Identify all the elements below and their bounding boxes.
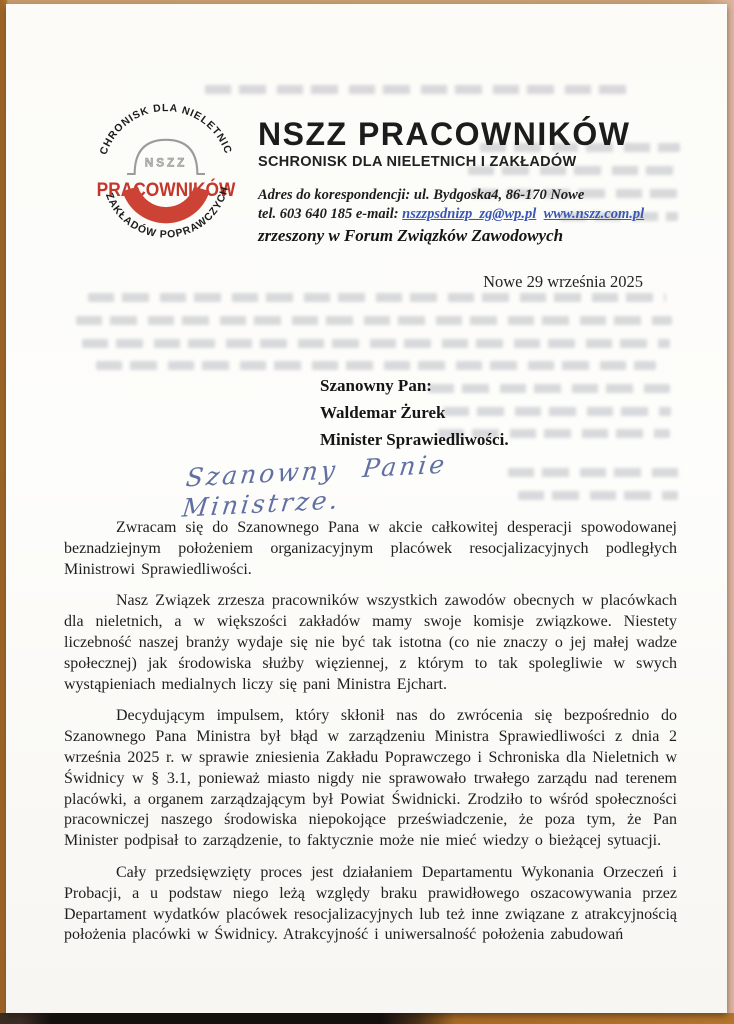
contact-line: tel. 603 640 185 e-mail: nszzpsdnizp_zg@…: [258, 205, 698, 224]
body-paragraph: Cały przedsięwzięty proces jest działani…: [64, 863, 677, 946]
desk-surface: [0, 1013, 734, 1024]
letter-page: SCHRONISK DLA NIELETNICH NSZZ PRACOWNIKÓ…: [6, 4, 727, 1013]
letter-body: Zwracam się do Szanownego Pana w akcie c…: [64, 518, 677, 957]
bleed-through-artifact: [205, 85, 630, 94]
photo-background: SCHRONISK DLA NIELETNICH NSZZ PRACOWNIKÓ…: [0, 0, 734, 1024]
body-paragraph: Decydującym impulsem, który skłonił nas …: [64, 706, 677, 852]
bleed-through-artifact: [96, 361, 656, 370]
contact-prefix: tel. 603 640 185 e-mail:: [258, 206, 402, 222]
recipient-name: Waldemar Żurek: [320, 399, 509, 426]
logo-main-word: PRACOWNIKÓW: [97, 179, 236, 201]
bleed-through-artifact: [76, 316, 672, 325]
website-link[interactable]: www.nszz.com.pl: [544, 206, 645, 222]
bleed-through-artifact: [88, 293, 666, 302]
affiliation-line: zrzeszony w Forum Związków Zawodowych: [258, 225, 698, 247]
address-line: Adres do korespondencji: ul. Bydgoska4, …: [258, 186, 698, 205]
handwritten-greeting: Szanowny Panie Ministrze.: [181, 444, 548, 523]
logo-acronym-text: NSZZ: [145, 155, 187, 169]
recipient-salutation: Szanowny Pan:: [320, 372, 509, 399]
email-link[interactable]: nszzpsdnizp_zg@wp.pl: [402, 206, 536, 222]
body-paragraph: Nasz Związek zrzesza pracowników wszystk…: [64, 591, 677, 695]
letterhead: NSZZ PRACOWNIKÓW SCHRONISK DLA NIELETNIC…: [258, 116, 698, 247]
body-paragraph: Zwracam się do Szanownego Pana w akcie c…: [64, 518, 677, 580]
letterhead-title: NSZZ PRACOWNIKÓW: [258, 116, 698, 152]
union-logo: SCHRONISK DLA NIELETNICH NSZZ PRACOWNIKÓ…: [90, 98, 242, 242]
date-line: Nowe 29 września 2025: [6, 272, 643, 292]
logo-arc-top-text: SCHRONISK DLA NIELETNICH: [90, 98, 233, 156]
letterhead-subtitle: SCHRONISK DLA NIELETNICH I ZAKŁADÓW: [258, 153, 698, 171]
bleed-through-artifact: [82, 339, 670, 348]
recipient-block: Szanowny Pan: Waldemar Żurek Minister Sp…: [320, 372, 509, 453]
bleed-through-artifact: [518, 491, 678, 500]
